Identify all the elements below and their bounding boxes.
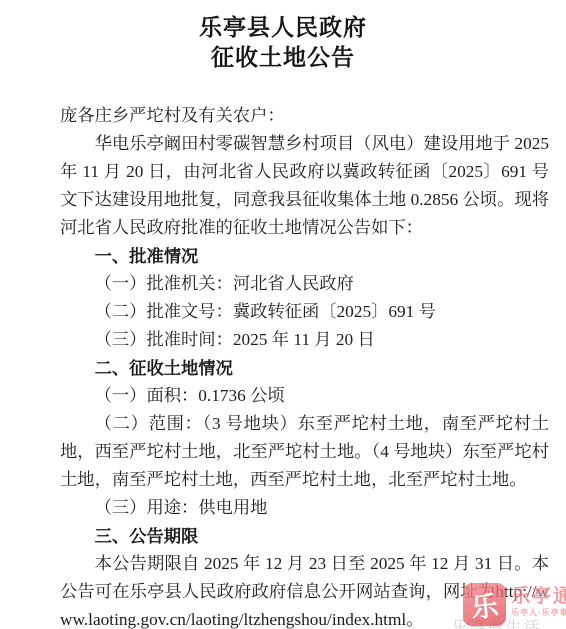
section-heading-period: 三、公告期限 <box>60 522 549 550</box>
approval-date-line: （三）批准时间：2025 年 11 月 20 日 <box>60 326 549 354</box>
land-scope-paragraph: （二）范围：（3 号地块）东至严坨村土地，南至严坨村土地，西至严坨村土地，北至严… <box>60 410 549 494</box>
section-heading-approval: 一、批准情况 <box>60 242 549 270</box>
intro-paragraph: 华电乐亭阚田村零碳智慧乡村项目（风电）建设用地于 2025 年 11 月 20 … <box>60 130 549 242</box>
closing-text: 本公告期限自 2025 年 12 月 23 日至 2025 年 12 月 31 … <box>60 554 549 601</box>
salutation-line: 庞各庄乡严坨村及有关农户： <box>60 102 549 130</box>
land-area-line: （一）面积：0.1736 公顷 <box>60 382 549 410</box>
closing-period: 。 <box>406 610 423 629</box>
closing-paragraph: 本公告期限自 2025 年 12 月 23 日至 2025 年 12 月 31 … <box>60 550 549 629</box>
approval-docnumber-line: （二）批准文号：冀政转征函〔2025〕691 号 <box>60 298 549 326</box>
announcement-page: 乐亭县人民政府 征收土地公告 庞各庄乡严坨村及有关农户： 华电乐亭阚田村零碳智慧… <box>0 0 566 629</box>
section-heading-land: 二、征收土地情况 <box>60 354 549 382</box>
document-body: 庞各庄乡严坨村及有关农户： 华电乐亭阚田村零碳智慧乡村项目（风电）建设用地于 2… <box>60 102 549 629</box>
document-title-line1: 乐亭县人民政府 <box>0 13 566 43</box>
document-title: 乐亭县人民政府 征收土地公告 <box>0 0 566 73</box>
document-title-line2: 征收土地公告 <box>0 43 566 73</box>
approval-authority-line: （一）批准机关：河北省人民政府 <box>60 270 549 298</box>
land-use-line: （三）用途：供电用地 <box>60 494 549 522</box>
